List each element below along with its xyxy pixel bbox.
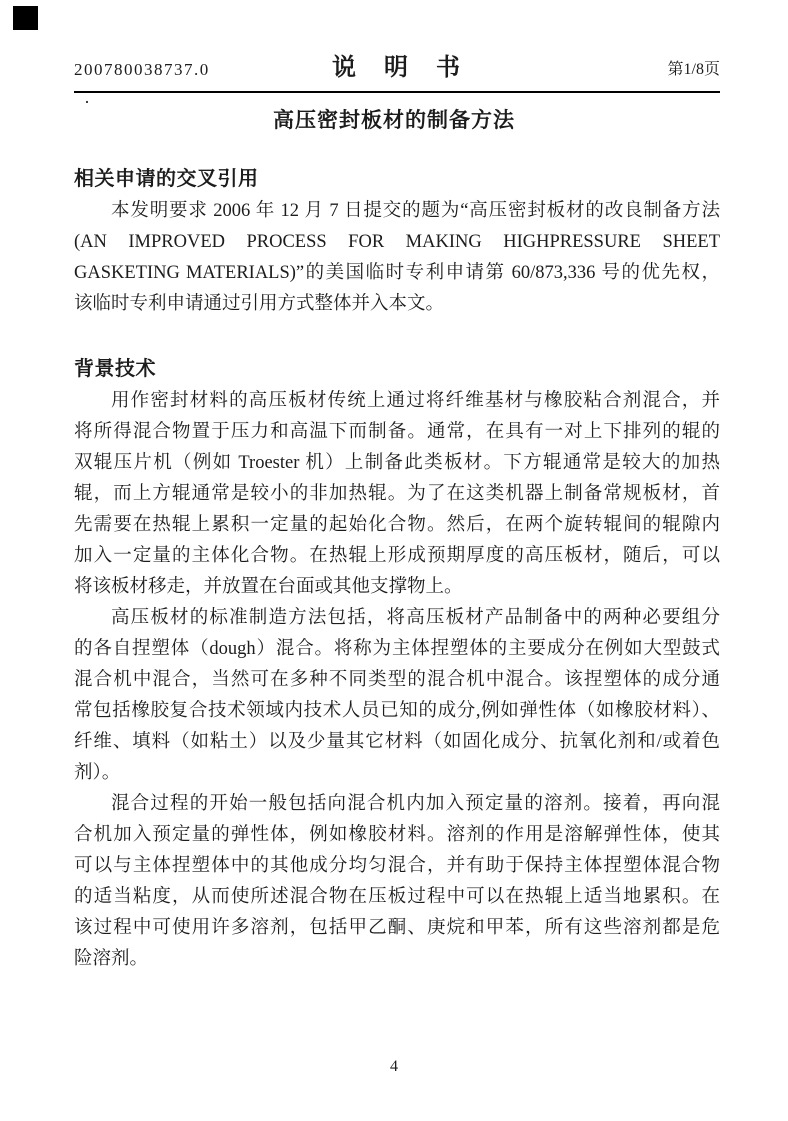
text-line: GASKETING MATERIALS)”的美国临时专利申请第 60/873,3… (74, 258, 720, 289)
text-line: 本发明要求 2006 年 12 月 7 日提交的题为“高压密封板材的改良制备方法 (74, 196, 720, 227)
text-line: 剂）。 (74, 758, 720, 789)
paragraph: 用作密封材料的高压板材传统上通过将纤维基材与橡胶粘合剂混合，并将所得混合物置于压… (74, 386, 720, 603)
text-line: 混合机中混合，当然可在多种不同类型的混合机中混合。该捏塑体的成分通 (74, 665, 720, 696)
text-line: 的各自捏塑体（dough）混合。将称为主体捏塑体的主要成分在例如大型鼓式 (74, 634, 720, 665)
text-line: 合机加入预定量的弹性体，例如橡胶材料。溶剂的作用是溶解弹性体，使其 (74, 820, 720, 851)
text-line: 该过程中可使用许多溶剂，包括甲乙酮、庚烷和甲苯，所有这些溶剂都是危 (74, 913, 720, 944)
text-line: 的适当粘度，从而使所述混合物在压板过程中可以在热辊上适当地累积。在 (74, 882, 720, 913)
page-header: 200780038737.0 说 明 书 第1/8页 (74, 50, 720, 82)
text-line: 加入一定量的主体化合物。在热辊上形成预期厚度的高压板材，随后，可以 (74, 541, 720, 572)
text-line: 险溶剂。 (74, 944, 720, 975)
scan-artifact-square (13, 6, 38, 30)
text-line: 高压板材的标准制造方法包括，将高压板材产品制备中的两种必要组分 (74, 603, 720, 634)
text-line: 辊，而上方辊通常是较小的非加热辊。为了在这类机器上制备常规板材，首 (74, 479, 720, 510)
text-line: 该临时专利申请通过引用方式整体并入本文。 (74, 289, 720, 320)
text-line: 常包括橡胶复合技术领域内技术人员已知的成分,例如弹性体（如橡胶材料）、 (74, 696, 720, 727)
document-type-title: 说 明 书 (74, 47, 720, 82)
page-number: 4 (0, 1058, 788, 1076)
text-line: 纤维、填料（如粘土）以及少量其它材料（如固化成分、抗氧化剂和/或着色 (74, 727, 720, 758)
text-line: (AN IMPROVED PROCESS FOR MAKING HIGHPRES… (74, 227, 720, 258)
text-line: 用作密封材料的高压板材传统上通过将纤维基材与橡胶粘合剂混合，并 (74, 386, 720, 417)
text-line: 先需要在热辊上累积一定量的起始化合物。然后，在两个旋转辊间的辊隙内 (74, 510, 720, 541)
paragraph: 本发明要求 2006 年 12 月 7 日提交的题为“高压密封板材的改良制备方法… (74, 196, 720, 320)
text-line: 将该板材移走，并放置在台面或其他支撑物上。 (74, 572, 720, 603)
patent-specification-page: 200780038737.0 说 明 书 第1/8页 · 高压密封板材的制备方法… (0, 0, 788, 1121)
section-heading: 相关申请的交叉引用 (74, 163, 720, 196)
text-line: 将所得混合物置于压力和高温下而制备。通常，在具有一对上下排列的辊的 (74, 417, 720, 448)
page-indicator: 第1/8页 (668, 56, 720, 79)
text-line: 混合过程的开始一般包括向混合机内加入预定量的溶剂。接着，再向混 (74, 789, 720, 820)
section-heading: 背景技术 (74, 353, 720, 386)
text-line: 可以与主体捏塑体中的其他成分均匀混合，并有助于保持主体捏塑体混合物 (74, 851, 720, 882)
header-divider (74, 91, 720, 93)
paragraph: 混合过程的开始一般包括向混合机内加入预定量的溶剂。接着，再向混合机加入预定量的弹… (74, 789, 720, 975)
text-line: 双辊压片机（例如 Troester 机）上制备此类板材。下方辊通常是较大的加热 (74, 448, 720, 479)
paragraph: 高压板材的标准制造方法包括，将高压板材产品制备中的两种必要组分的各自捏塑体（do… (74, 603, 720, 789)
document-body: 相关申请的交叉引用本发明要求 2006 年 12 月 7 日提交的题为“高压密封… (74, 163, 720, 975)
invention-title: 高压密封板材的制备方法 (0, 104, 788, 134)
